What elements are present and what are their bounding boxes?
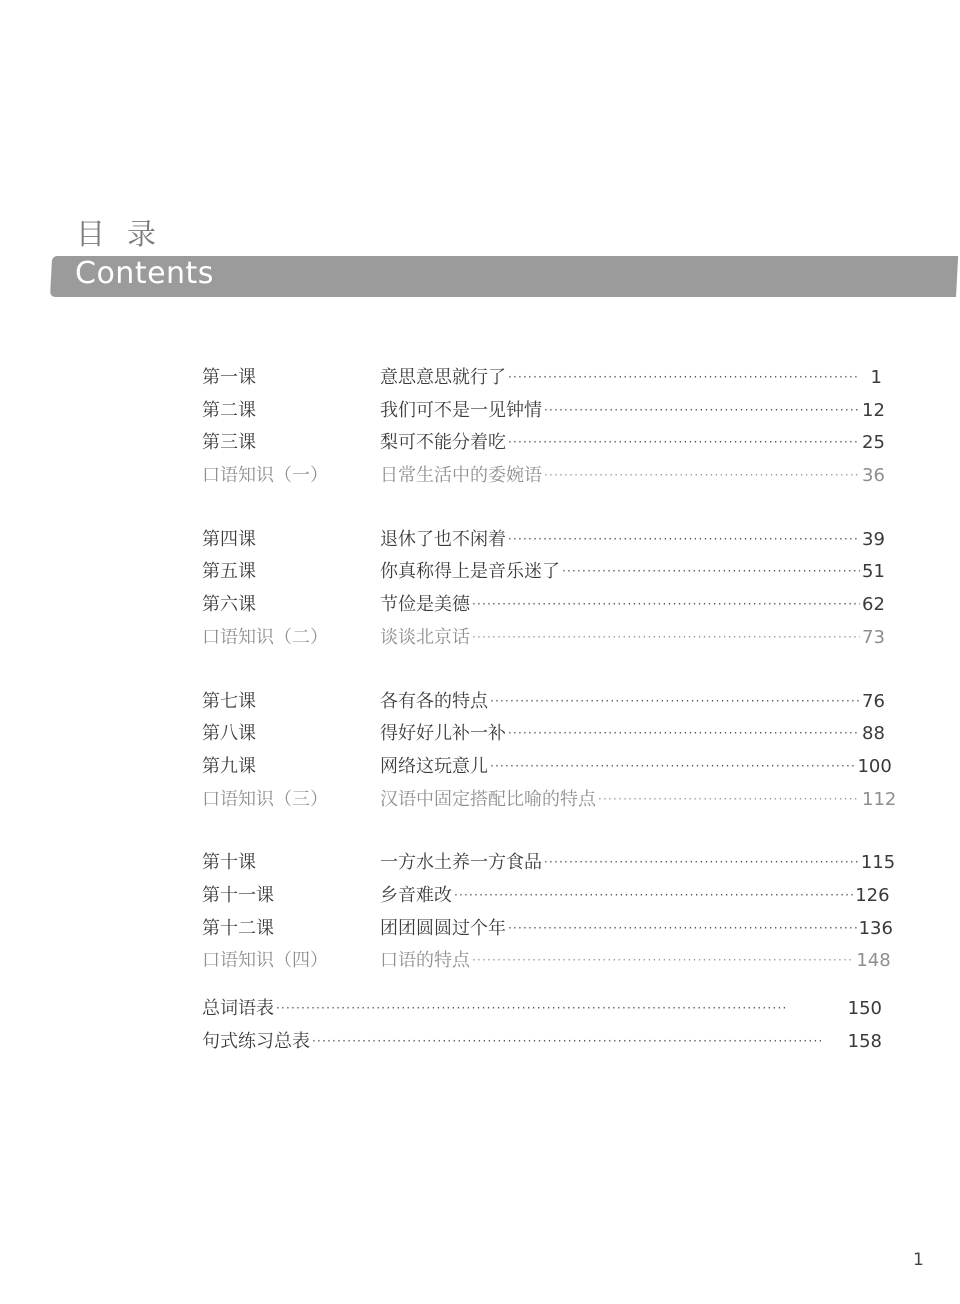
lesson-label: 第十二课 <box>202 913 380 946</box>
lesson-label: 第七课 <box>202 686 380 719</box>
toc-entry[interactable]: 第十一课 乡音难改 ······························… <box>202 880 882 913</box>
page-number: 1 <box>862 362 882 395</box>
knowledge-label: 口语知识（四） <box>202 945 380 978</box>
entry-title: 句式练习总表 <box>202 1026 310 1059</box>
page-number: 12 <box>862 395 882 428</box>
entry-title: 意思意思就行了 <box>380 362 506 395</box>
dot-leader: ········································… <box>508 361 860 394</box>
dot-leader: ········································… <box>508 912 857 945</box>
entry-title: 乡音难改 <box>380 880 452 913</box>
toc-entry-appendix[interactable]: 句式练习总表 ·································… <box>202 1026 882 1059</box>
knowledge-label: 口语知识（一） <box>202 460 380 493</box>
knowledge-label: 口语知识（三） <box>202 784 380 817</box>
lesson-label: 第一课 <box>202 362 380 395</box>
lesson-label: 第四课 <box>202 524 380 557</box>
entry-title: 我们可不是一见钟情 <box>380 395 542 428</box>
lesson-label: 第三课 <box>202 427 380 460</box>
toc-entry[interactable]: 第三课 梨可不能分着吃 ····························… <box>202 427 882 460</box>
dot-leader: ········································… <box>544 394 860 427</box>
page-number: 25 <box>862 427 882 460</box>
toc-entry-knowledge[interactable]: 口语知识（一） 日常生活中的委婉语 ······················… <box>202 460 882 493</box>
footer-page-number: 1 <box>913 1250 924 1270</box>
page-number: 88 <box>862 718 882 751</box>
table-of-contents: 第一课 意思意思就行了 ····························… <box>202 362 882 1058</box>
toc-group-2: 第四课 退休了也不闲着 ····························… <box>202 524 882 655</box>
lesson-label: 第八课 <box>202 718 380 751</box>
page-title-chinese: 目录 <box>76 214 178 254</box>
page-number: 62 <box>862 589 882 622</box>
dot-leader: ········································… <box>508 523 860 556</box>
toc-entry[interactable]: 第二课 我们可不是一见钟情 ··························… <box>202 395 882 428</box>
entry-title: 梨可不能分着吃 <box>380 427 506 460</box>
entry-title: 总词语表 <box>202 993 274 1026</box>
entry-title: 谈谈北京话 <box>380 622 470 655</box>
dot-leader: ········································… <box>312 1025 846 1058</box>
page-number: 148 <box>856 945 882 978</box>
page-number: 100 <box>857 751 882 784</box>
page-number: 112 <box>862 784 882 817</box>
entry-title: 日常生活中的委婉语 <box>380 460 542 493</box>
page-number: 115 <box>861 847 882 880</box>
page-number: 150 <box>848 993 882 1026</box>
lesson-label: 第五课 <box>202 556 380 589</box>
lesson-label: 第十课 <box>202 847 380 880</box>
page-number: 36 <box>862 460 882 493</box>
dot-leader: ········································… <box>472 621 860 654</box>
toc-group-4: 第十课 一方水土养一方食品 ··························… <box>202 847 882 978</box>
entry-title: 得好好儿补一补 <box>380 718 506 751</box>
toc-entry[interactable]: 第十二课 团团圆圆过个年 ···························… <box>202 913 882 946</box>
lesson-label: 第六课 <box>202 589 380 622</box>
dot-leader: ········································… <box>544 459 860 492</box>
entry-title: 节俭是美德 <box>380 589 470 622</box>
entry-title: 你真称得上是音乐迷了 <box>380 556 560 589</box>
toc-entry-knowledge[interactable]: 口语知识（三） 汉语中固定搭配比喻的特点 ···················… <box>202 784 882 817</box>
page-number: 126 <box>855 880 882 913</box>
toc-entry-appendix[interactable]: 总词语表 ···································… <box>202 993 882 1026</box>
toc-entry[interactable]: 第一课 意思意思就行了 ····························… <box>202 362 882 395</box>
page-number: 76 <box>862 686 882 719</box>
page-number: 158 <box>848 1026 882 1059</box>
toc-entry[interactable]: 第四课 退休了也不闲着 ····························… <box>202 524 882 557</box>
dot-leader: ········································… <box>562 555 860 588</box>
entry-title: 退休了也不闲着 <box>380 524 506 557</box>
knowledge-label: 口语知识（二） <box>202 622 380 655</box>
page-number: 39 <box>862 524 882 557</box>
page-title-english: Contents <box>75 254 214 294</box>
dot-leader: ········································… <box>276 992 846 1025</box>
toc-entry[interactable]: 第七课 各有各的特点 ·····························… <box>202 686 882 719</box>
entry-title: 网络这玩意儿 <box>380 751 488 784</box>
dot-leader: ········································… <box>490 685 860 718</box>
entry-title: 口语的特点 <box>380 945 470 978</box>
toc-group-1: 第一课 意思意思就行了 ····························… <box>202 362 882 493</box>
toc-entry[interactable]: 第六课 节俭是美德 ······························… <box>202 589 882 622</box>
toc-group-3: 第七课 各有各的特点 ·····························… <box>202 686 882 817</box>
dot-leader: ········································… <box>472 588 860 621</box>
page-number: 51 <box>862 556 882 589</box>
lesson-label: 第九课 <box>202 751 380 784</box>
lesson-label: 第二课 <box>202 395 380 428</box>
entry-title: 团团圆圆过个年 <box>380 913 506 946</box>
dot-leader: ········································… <box>598 783 860 816</box>
toc-entry[interactable]: 第九课 网络这玩意儿 ·····························… <box>202 751 882 784</box>
entry-title: 各有各的特点 <box>380 686 488 719</box>
page-number: 73 <box>862 622 882 655</box>
dot-leader: ········································… <box>544 846 859 879</box>
dot-leader: ········································… <box>472 944 854 977</box>
dot-leader: ········································… <box>508 717 860 750</box>
dot-leader: ········································… <box>454 879 853 912</box>
toc-entry[interactable]: 第八课 得好好儿补一补 ····························… <box>202 718 882 751</box>
dot-leader: ········································… <box>508 426 860 459</box>
lesson-label: 第十一课 <box>202 880 380 913</box>
toc-appendix: 总词语表 ···································… <box>202 993 882 1058</box>
entry-title: 汉语中固定搭配比喻的特点 <box>380 784 596 817</box>
toc-entry[interactable]: 第五课 你真称得上是音乐迷了 ·························… <box>202 556 882 589</box>
entry-title: 一方水土养一方食品 <box>380 847 542 880</box>
toc-entry-knowledge[interactable]: 口语知识（二） 谈谈北京话 ··························… <box>202 622 882 655</box>
page-number: 136 <box>859 913 882 946</box>
dot-leader: ········································… <box>490 750 855 783</box>
toc-entry-knowledge[interactable]: 口语知识（四） 口语的特点 ··························… <box>202 945 882 978</box>
toc-entry[interactable]: 第十课 一方水土养一方食品 ··························… <box>202 847 882 880</box>
